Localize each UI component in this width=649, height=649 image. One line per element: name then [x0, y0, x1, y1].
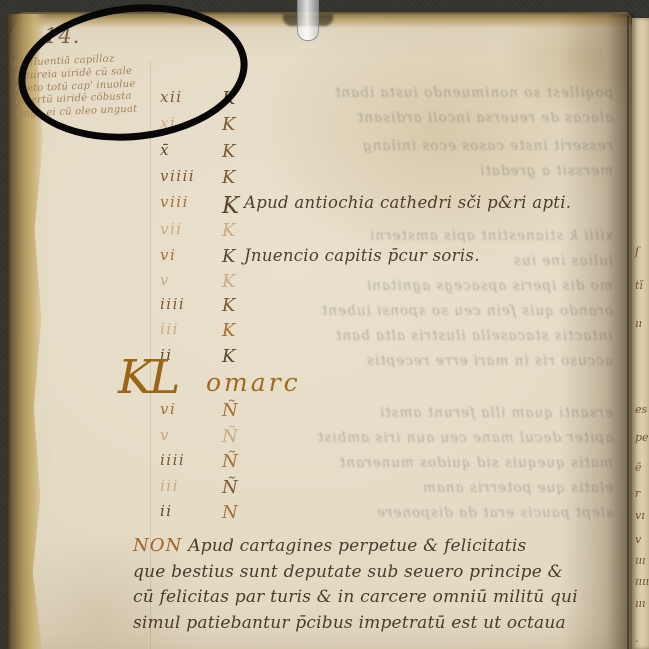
calendar-row: iiN [0, 502, 622, 526]
kalend-letter: K [222, 271, 235, 292]
kalend-letter: Ñ [222, 451, 238, 472]
day-numeral: viii [160, 193, 189, 211]
day-numeral: v [160, 426, 170, 444]
facing-page-edge: ſtīııespeērvıvıııııııııı· [632, 18, 649, 649]
manuscript-photo: poqillest so nonimuendo iusta ibantalaca… [0, 0, 649, 649]
calendar-row: vK [0, 271, 622, 295]
kalend-letter: K [222, 246, 235, 267]
facing-text-fragment: tī [635, 280, 643, 291]
kalend-letter: K [222, 167, 235, 188]
month-label: omarc [206, 368, 301, 397]
calendar-row: x̄K [0, 141, 622, 165]
facing-text-fragment: v [635, 534, 641, 545]
day-numeral: iiii [160, 451, 185, 469]
calendar-row: iiiiK [0, 295, 622, 319]
kl-initial: KL [118, 350, 176, 405]
kalend-letter: K [222, 295, 235, 316]
paragraph-line: que bestius sunt deputate sub seuero pri… [133, 560, 619, 586]
day-numeral: x̄ [160, 141, 170, 159]
calendar-row: vÑ [0, 426, 622, 450]
facing-text-fragment: r [635, 488, 640, 499]
bookmark-clip [297, 0, 319, 41]
facing-text-fragment: pe [635, 432, 649, 443]
kalend-letter: Ñ [222, 400, 238, 421]
calendar-row: iiiiÑ [0, 451, 622, 475]
facing-text-fragment: · [635, 636, 639, 647]
kalend-letter: K [222, 220, 235, 241]
calendar-row: viiiiK [0, 167, 622, 191]
calendar-row: iiiK [0, 320, 622, 344]
kalend-letter: K [222, 320, 235, 341]
kalend-letter: Ñ [222, 477, 238, 498]
facing-text-fragment: ē [635, 462, 642, 473]
day-numeral: vii [160, 220, 183, 238]
calendar-row: viKJnuencio capitis p̄cur soris. [0, 246, 622, 270]
day-numeral: v [160, 271, 170, 289]
day-numeral: iiii [160, 295, 185, 313]
facing-text-fragment: ııı [635, 598, 646, 609]
facing-text-fragment: ıııı [635, 576, 649, 587]
kalend-letter: Ñ [222, 426, 238, 447]
kalend-letter: K [222, 141, 235, 162]
nones-paragraph: NONApud cartagines perpetue & felicitati… [133, 533, 619, 636]
paragraph-line: cū felicitas par turis & in carcere omni… [133, 585, 619, 611]
feast-entry: Apud antiochia cathedri sči p&ri apti. [244, 193, 571, 212]
non-label: NON [133, 535, 182, 556]
day-numeral: iii [160, 320, 179, 338]
facing-text-fragment: es [635, 404, 647, 415]
paragraph-line: simul patiebantur p̄cibus impetratū est … [133, 611, 619, 637]
day-numeral: vi [160, 246, 176, 264]
page-crease [627, 16, 629, 649]
feast-entry: Jnuencio capitis p̄cur soris. [244, 246, 480, 265]
calendar-row: viiK [0, 220, 622, 244]
calendar-row: viiiKApud antiochia cathedri sči p&ri ap… [0, 193, 622, 217]
facing-text-fragment: vı [635, 510, 645, 521]
calendar-row: iiK [0, 346, 622, 370]
calendar-row: iiiÑ [0, 477, 622, 501]
kalend-letter: K [222, 193, 239, 219]
day-numeral: ii [160, 502, 173, 520]
kalend-letter: N [222, 502, 238, 523]
calendar-row: viÑ [0, 400, 622, 424]
gutter-shadow [560, 14, 634, 649]
facing-text-fragment: ııı [635, 555, 646, 566]
facing-text-fragment: ſ [635, 246, 639, 257]
day-numeral: iii [160, 477, 179, 495]
facing-text-fragment: ıı [635, 318, 642, 329]
day-numeral: viiii [160, 167, 195, 185]
kalend-letter: K [222, 346, 235, 367]
kalend-letter: K [222, 114, 235, 135]
paragraph-line: NONApud cartagines perpetue & felicitati… [133, 533, 619, 560]
